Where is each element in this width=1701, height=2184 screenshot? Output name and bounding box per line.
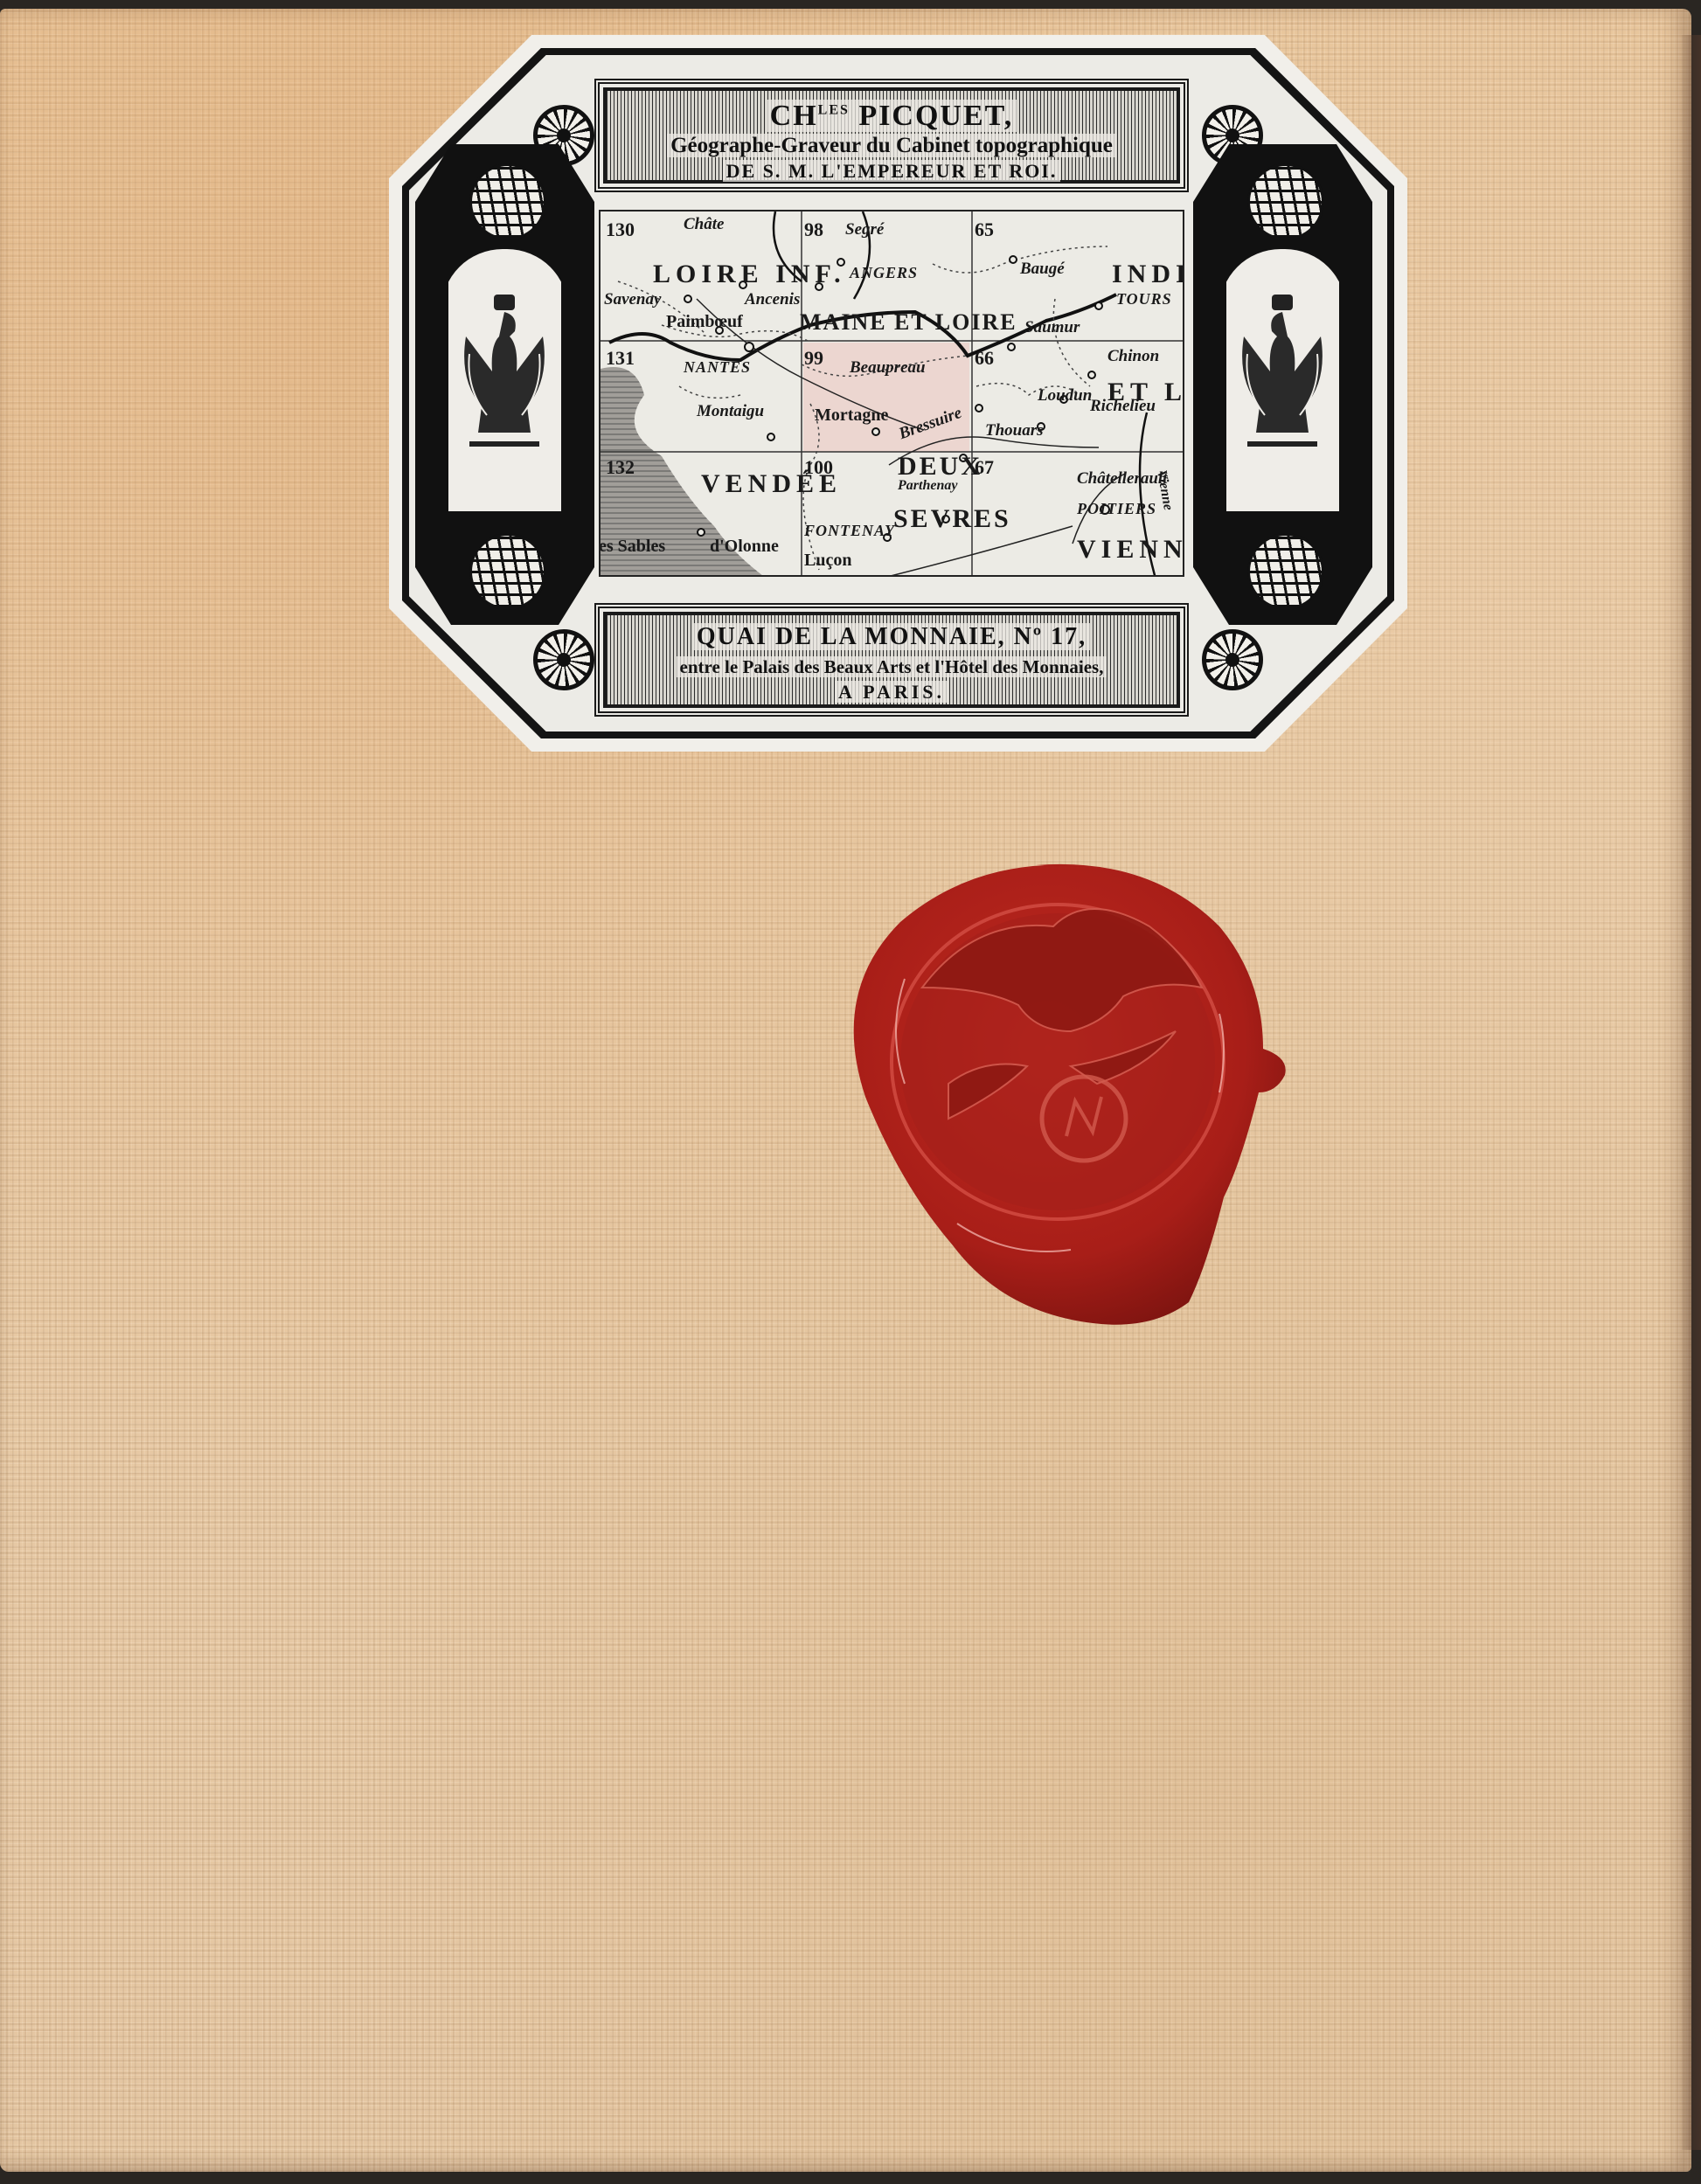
address-detail: entre le Palais des Beaux Arts et l'Hôte…	[677, 656, 1107, 677]
region-name: DEUX	[898, 452, 982, 482]
globe-icon	[1247, 163, 1324, 240]
town-label: Richelieu	[1090, 397, 1156, 416]
region-name: VENDÉE	[701, 469, 842, 499]
grid-number: 132	[606, 456, 635, 479]
eagle-icon	[1221, 293, 1343, 459]
address-city: A PARIS.	[835, 681, 948, 703]
town-label: Saumur	[1024, 318, 1080, 337]
town-label: Beaupreau	[850, 358, 926, 378]
address-line: QUAI DE LA MONNAIE, Nº 17,	[693, 623, 1090, 650]
region-name: INDI	[1112, 260, 1184, 289]
town-label: Paimbœuf	[666, 312, 743, 332]
right-eagle-panel	[1193, 144, 1372, 625]
town-label: FONTENAY	[804, 522, 895, 540]
region-name: L	[1164, 378, 1184, 407]
town-label: Baugé	[1020, 260, 1065, 279]
globe-icon	[1247, 533, 1324, 610]
town-label: Ancenis	[745, 290, 800, 309]
rosette-icon	[1202, 629, 1263, 690]
engraver-patron: DE S. M. L'EMPEREUR ET ROI.	[723, 160, 1061, 182]
town-label: ANGERS	[850, 264, 918, 282]
cover-edge	[1682, 35, 1701, 2150]
town-label: Châte	[684, 215, 724, 234]
town-label: Loudun	[1038, 386, 1092, 406]
grid-number: 130	[606, 218, 635, 241]
town-label: Parthenay	[898, 478, 957, 494]
region-name: MAINE ET LOIRE	[800, 309, 1017, 336]
grid-number: 131	[606, 347, 635, 370]
region-name: LOIRE INF.	[653, 260, 846, 289]
engraver-name: CHLES PICQUET,	[767, 100, 1017, 132]
town-label: Savenay	[604, 290, 661, 309]
town-label: Thouars	[985, 421, 1044, 440]
town-label: NANTES	[684, 358, 751, 377]
globe-icon	[469, 533, 546, 610]
region-name: SEVRES	[893, 504, 1011, 534]
engraved-map: 130 98 65 131 99 66 132 100 67 LOIRE INF…	[599, 210, 1184, 577]
engraver-title: Géographe-Graveur du Cabinet topographiq…	[667, 134, 1116, 157]
label-bottom-banner: QUAI DE LA MONNAIE, Nº 17, entre le Pala…	[603, 612, 1180, 708]
label-top-banner: CHLES PICQUET, Géographe-Graveur du Cabi…	[603, 87, 1180, 184]
town-label: es Sables	[599, 537, 665, 557]
town-label: Mortagne	[815, 406, 888, 426]
wax-seal	[852, 856, 1289, 1328]
rosette-icon	[533, 629, 594, 690]
globe-icon	[469, 163, 546, 240]
town-label: POITIERS	[1077, 500, 1156, 518]
town-label: Montaigu	[697, 402, 764, 421]
region-name: VIENNE	[1077, 535, 1184, 565]
town-label: Segré	[845, 220, 884, 239]
town-label: Chinon	[1107, 347, 1159, 366]
town-label: Luçon	[804, 551, 851, 571]
town-label: TOURS	[1116, 290, 1172, 309]
left-eagle-panel	[415, 144, 594, 625]
town-label: d'Olonne	[710, 537, 779, 557]
grid-number: 65	[975, 218, 994, 241]
grid-number: 98	[804, 218, 823, 241]
grid-number: 66	[975, 347, 994, 370]
eagle-icon	[443, 293, 566, 459]
grid-number: 99	[804, 347, 823, 370]
